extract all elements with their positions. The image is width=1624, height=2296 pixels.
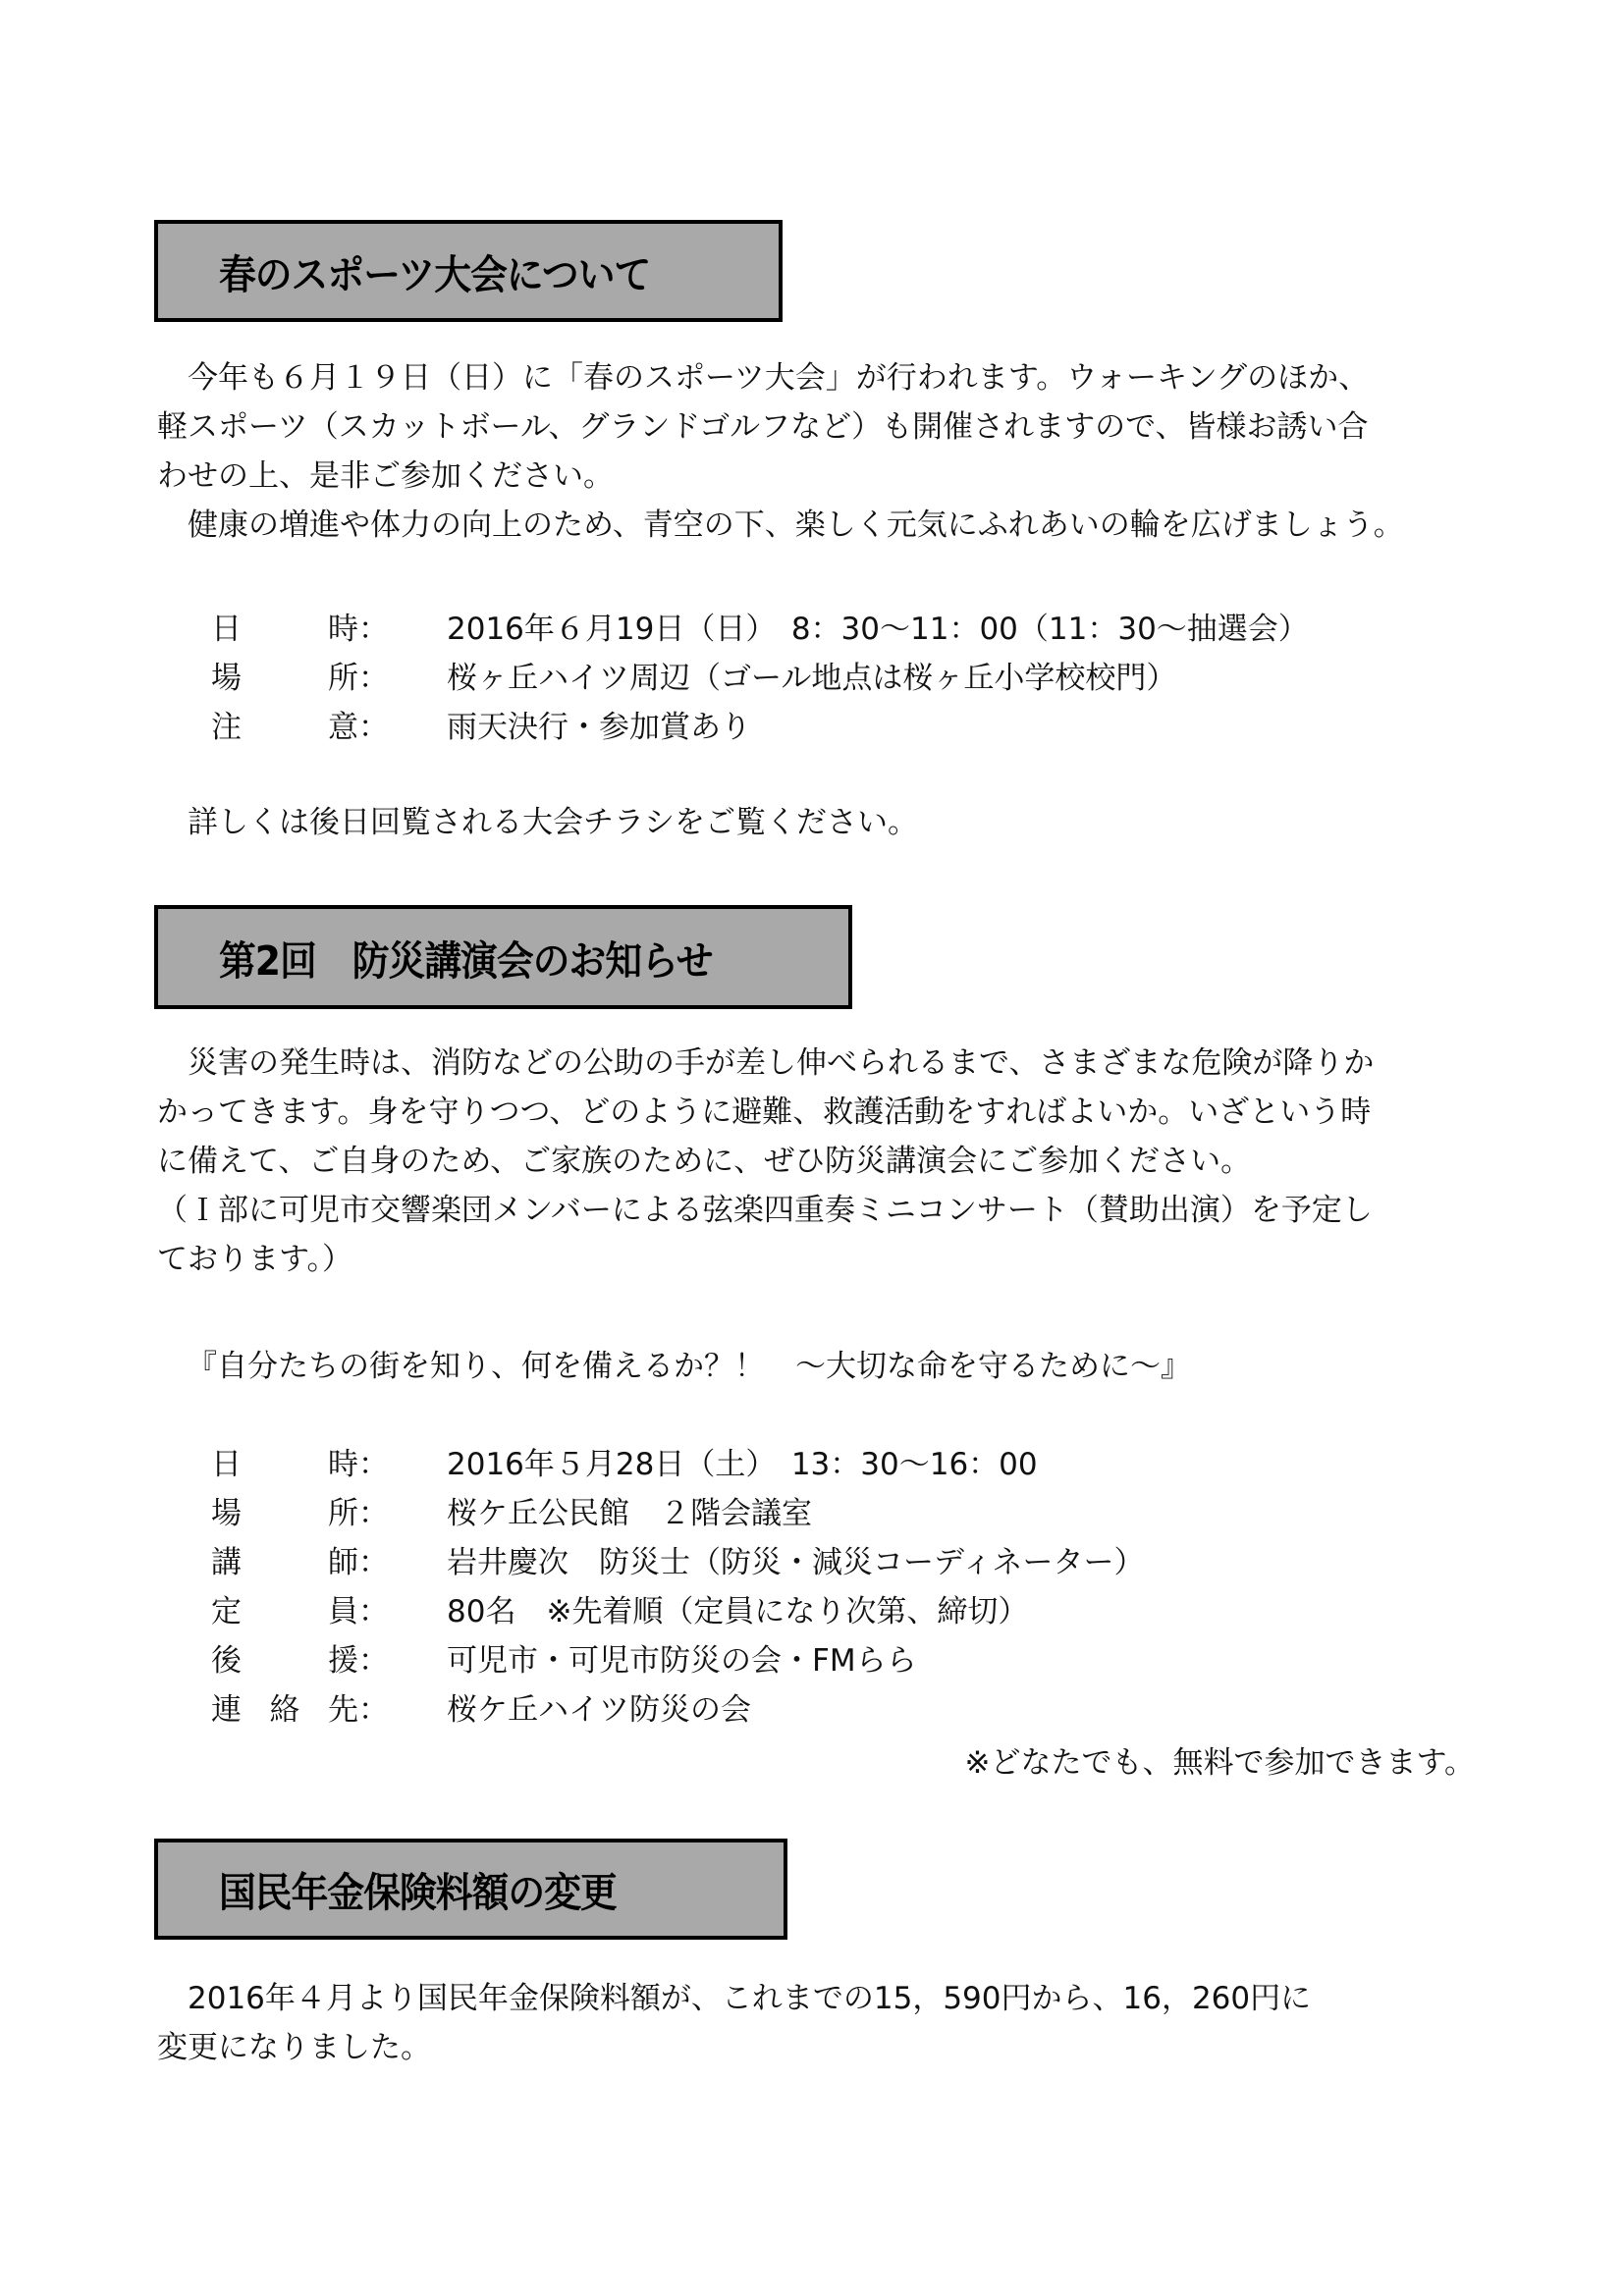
lecture-info-table: 日 時 ： 2016年５月28日（土） 13：30～16：00 場 所 ： 桜ケ…	[211, 1436, 1145, 1731]
info-row-location: 場 所 ： 桜ヶ丘ハイツ周辺（ゴール地点は桜ヶ丘小学校校門）	[211, 650, 1309, 699]
text-line: 災害の発生時は、消防などの公助の手が差し伸べられるまで、さまざまな危険が降りか	[157, 1039, 1492, 1088]
text-line: 2016年４月より国民年金保険料額が、これまでの15，590円から、16，260…	[157, 1974, 1492, 2023]
info-value: 桜ケ丘公民館 ２階会議室	[447, 1488, 812, 1532]
heading-text: 第2回 防災講演会のお知らせ	[219, 929, 713, 987]
info-value: 可児市・可児市防災の会・FMらら	[447, 1635, 917, 1680]
info-value: 雨天決行・参加賞あり	[447, 702, 751, 746]
info-label: 後 援	[211, 1635, 358, 1680]
info-row-sponsors: 後 援 ： 可児市・可児市防災の会・FMらら	[211, 1632, 1145, 1682]
info-label: 場 所	[211, 653, 358, 697]
info-row-lecturer: 講 師 ： 岩井慶次 防災士（防災・減災コーディネーター）	[211, 1534, 1145, 1583]
text-line: わせの上、是非ご参加ください。	[157, 452, 1492, 501]
text-line: 詳しくは後日回覧される大会チラシをご覧ください。	[157, 798, 1492, 847]
sports-intro-paragraph: 今年も６月１９日（日）に「春のスポーツ大会」が行われます。ウォーキングのほか、 …	[157, 353, 1492, 550]
info-label: 講 師	[211, 1537, 358, 1581]
section-heading-disaster-lecture: 第2回 防災講演会のお知らせ	[154, 905, 852, 1009]
info-row-location: 場 所 ： 桜ケ丘公民館 ２階会議室	[211, 1485, 1145, 1534]
info-label: 場 所	[211, 1488, 358, 1532]
label-char: 日	[211, 1439, 242, 1483]
info-value: 桜ヶ丘ハイツ周辺（ゴール地点は桜ヶ丘小学校校門）	[447, 653, 1176, 697]
text-line: に備えて、ご自身のため、ご家族のために、ぜひ防災講演会にご参加ください。	[157, 1137, 1492, 1186]
label-char: 絡	[270, 1684, 300, 1729]
text-line: （Ｉ部に可児市交響楽団メンバーによる弦楽四重奏ミニコンサート（賛助出演）を予定し	[157, 1186, 1492, 1235]
document-page: 春のスポーツ大会について 今年も６月１９日（日）に「春のスポーツ大会」が行われま…	[0, 0, 1624, 2296]
label-char: 連	[211, 1684, 242, 1729]
info-row-notes: 注 意 ： 雨天決行・参加賞あり	[211, 699, 1309, 748]
sports-info-table: 日 時 ： 2016年６月19日（日） 8：30～11：00（11：30～抽選会…	[211, 601, 1309, 748]
text-line: 変更になりました。	[157, 2023, 1492, 2072]
colon: ：	[358, 702, 388, 746]
info-value: 2016年５月28日（土） 13：30～16：00	[447, 1439, 1038, 1483]
colon: ：	[358, 1439, 388, 1483]
colon: ：	[358, 604, 388, 648]
label-char: 援	[328, 1635, 358, 1680]
info-label: 定 員	[211, 1586, 358, 1630]
info-label: 注 意	[211, 702, 358, 746]
info-value: 80名 ※先着順（定員になり次第、締切）	[447, 1586, 1028, 1630]
label-char: 場	[211, 1488, 242, 1532]
section-heading-sports: 春のスポーツ大会について	[154, 220, 783, 322]
label-char: 後	[211, 1635, 242, 1680]
colon: ：	[358, 653, 388, 697]
free-admission-note: ※どなたでも、無料で参加できます。	[965, 1737, 1476, 1782]
info-label: 日 時	[211, 1439, 358, 1483]
colon: ：	[358, 1488, 388, 1532]
text-line: 今年も６月１９日（日）に「春のスポーツ大会」が行われます。ウォーキングのほか、	[157, 353, 1492, 402]
info-label: 連 絡 先	[211, 1684, 358, 1729]
label-char: 時	[328, 1439, 358, 1483]
label-char: 意	[328, 702, 358, 746]
colon: ：	[358, 1537, 388, 1581]
label-char: 日	[211, 604, 242, 648]
heading-text: 国民年金保険料額の変更	[219, 1860, 617, 1918]
label-char: 時	[328, 604, 358, 648]
label-char: 先	[328, 1684, 358, 1729]
info-row-datetime: 日 時 ： 2016年６月19日（日） 8：30～11：00（11：30～抽選会…	[211, 601, 1309, 650]
label-char: 注	[211, 702, 242, 746]
lecture-theme-title: 『自分たちの街を知り、何を備えるか？！ ～大切な命を守るために～』	[187, 1341, 1191, 1385]
info-row-capacity: 定 員 ： 80名 ※先着順（定員になり次第、締切）	[211, 1583, 1145, 1632]
colon: ：	[358, 1586, 388, 1630]
text-line: ております。）	[157, 1235, 1492, 1284]
label-char: 講	[211, 1537, 242, 1581]
text-line: かってきます。身を守りつつ、どのように避難、救護活動をすればよいか。いざという時	[157, 1088, 1492, 1137]
info-row-contact: 連 絡 先 ： 桜ケ丘ハイツ防災の会	[211, 1682, 1145, 1731]
label-char: 所	[328, 653, 358, 697]
label-char: 定	[211, 1586, 242, 1630]
info-row-datetime: 日 時 ： 2016年５月28日（土） 13：30～16：00	[211, 1436, 1145, 1485]
heading-text: 春のスポーツ大会について	[219, 242, 650, 300]
colon: ：	[358, 1684, 388, 1729]
text-line: 健康の増進や体力の向上のため、青空の下、楽しく元気にふれあいの輪を広げましょう。	[157, 501, 1492, 550]
label-char: 師	[328, 1537, 358, 1581]
section-heading-pension: 国民年金保険料額の変更	[154, 1839, 787, 1940]
pension-paragraph: 2016年４月より国民年金保険料額が、これまでの15，590円から、16，260…	[157, 1974, 1492, 2072]
sports-footer-note: 詳しくは後日回覧される大会チラシをご覧ください。	[157, 798, 1492, 847]
colon: ：	[358, 1635, 388, 1680]
info-value: 桜ケ丘ハイツ防災の会	[447, 1684, 751, 1729]
text-line: 軽スポーツ（スカットボール、グランドゴルフなど）も開催されますので、皆様お誘い合	[157, 402, 1492, 452]
info-value: 岩井慶次 防災士（防災・減災コーディネーター）	[447, 1537, 1145, 1581]
info-value: 2016年６月19日（日） 8：30～11：00（11：30～抽選会）	[447, 604, 1309, 648]
info-label: 日 時	[211, 604, 358, 648]
lecture-intro-paragraph: 災害の発生時は、消防などの公助の手が差し伸べられるまで、さまざまな危険が降りか …	[157, 1039, 1492, 1284]
label-char: 員	[328, 1586, 358, 1630]
label-char: 所	[328, 1488, 358, 1532]
label-char: 場	[211, 653, 242, 697]
